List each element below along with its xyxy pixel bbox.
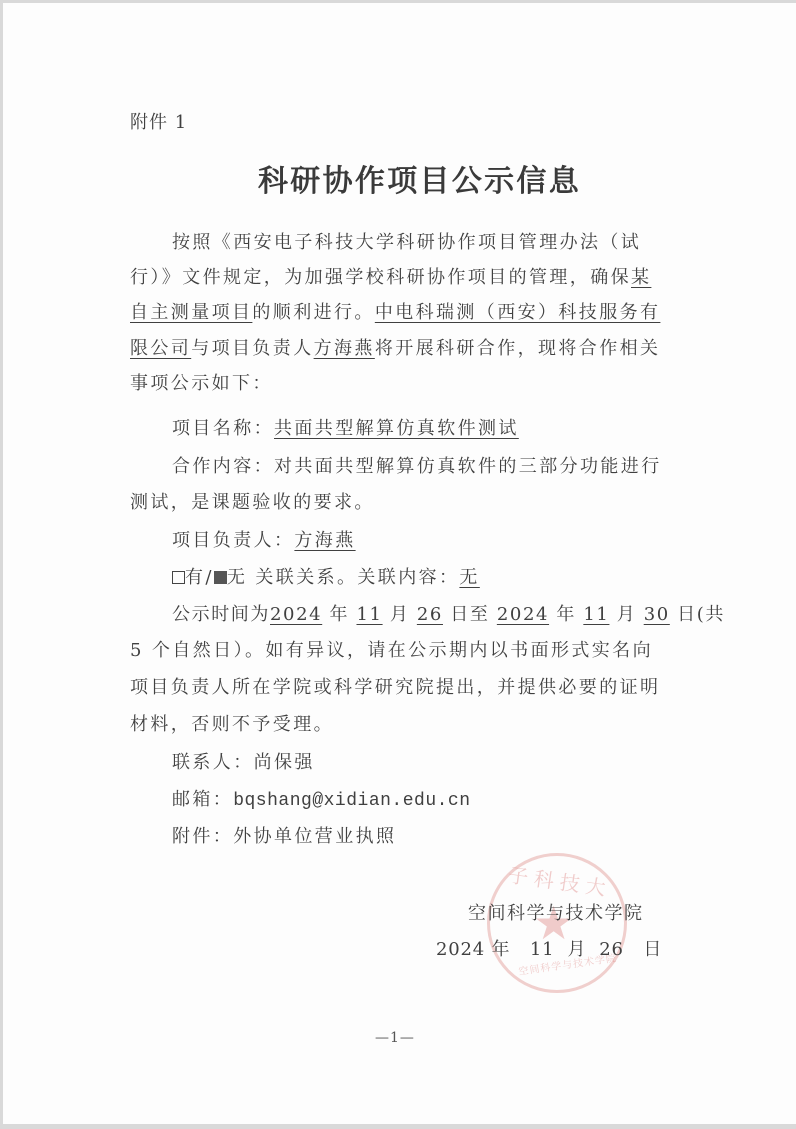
attachment-row: 附件：外协单位营业执照 bbox=[172, 826, 396, 848]
notice-period-line-3: 项目负责人所在学院或科学研究院提出，并提供必要的证明 bbox=[130, 677, 660, 699]
project-ref-underlined: 某 bbox=[631, 267, 651, 288]
notice-period-line-2: 5 个自然日）。如有异议，请在公示期内以书面形式实名向 bbox=[130, 640, 653, 662]
signature-organization: 空间科学与技术学院 bbox=[468, 903, 644, 925]
project-name-row: 项目名称：共面共型解算仿真软件测试 bbox=[172, 418, 519, 440]
page-number: —1— bbox=[375, 1027, 415, 1049]
contact-person-row: 联系人：尚保强 bbox=[172, 752, 315, 774]
intro-line-1: 按照《西安电子科技大学科研协作项目管理办法（试 bbox=[172, 232, 641, 254]
contact-email-row: 邮箱：bqshang@xidian.edu.cn bbox=[172, 789, 471, 812]
project-name-value: 共面共型解算仿真软件测试 bbox=[274, 418, 519, 439]
intro-line-5: 事项公示如下： bbox=[130, 373, 273, 395]
intro-line-3: 自主测量项目的顺利进行。中电科瑞测（西安）科技服务有 bbox=[130, 302, 660, 324]
company-name-underlined: 中电科瑞测（西安）科技服务有 bbox=[375, 302, 661, 323]
notice-period-line-4: 材料，否则不予受理。 bbox=[130, 714, 334, 736]
relation-row: 有/无 关联关系。关联内容：无 bbox=[172, 567, 480, 589]
checkbox-has-relation[interactable] bbox=[172, 571, 185, 584]
document-page: 附件 1 科研协作项目公示信息 按照《西安电子科技大学科研协作项目管理办法（试 … bbox=[3, 3, 796, 1124]
page-title: 科研协作项目公示信息 bbox=[258, 164, 581, 200]
company-name-underlined-cont: 限公司 bbox=[130, 338, 191, 359]
attachment-number: 附件 1 bbox=[130, 112, 187, 134]
project-leader-value: 方海燕 bbox=[294, 530, 355, 551]
cooperation-content-line-2: 测试，是课题验收的要求。 bbox=[130, 492, 375, 514]
notice-period-line-1: 公示时间为2024 年 11 月 26 日至 2024 年 11 月 30 日(… bbox=[172, 604, 725, 626]
signature-date: 2024 年 11 月 26 日 bbox=[436, 939, 662, 961]
email-link[interactable]: bqshang@xidian.edu.cn bbox=[233, 791, 470, 811]
relation-content-value: 无 bbox=[459, 567, 479, 588]
leader-name-underlined: 方海燕 bbox=[314, 338, 375, 359]
checkbox-no-relation[interactable] bbox=[214, 571, 227, 584]
intro-line-2: 行）》文件规定，为加强学校科研协作项目的管理，确保某 bbox=[130, 267, 651, 289]
intro-line-4: 限公司与项目负责人方海燕将开展科研合作，现将合作相关 bbox=[130, 338, 660, 360]
project-leader-row: 项目负责人：方海燕 bbox=[172, 530, 356, 552]
project-name-underlined: 自主测量项目 bbox=[130, 302, 252, 323]
cooperation-content-line-1: 合作内容：对共面共型解算仿真软件的三部分功能进行 bbox=[172, 456, 662, 478]
